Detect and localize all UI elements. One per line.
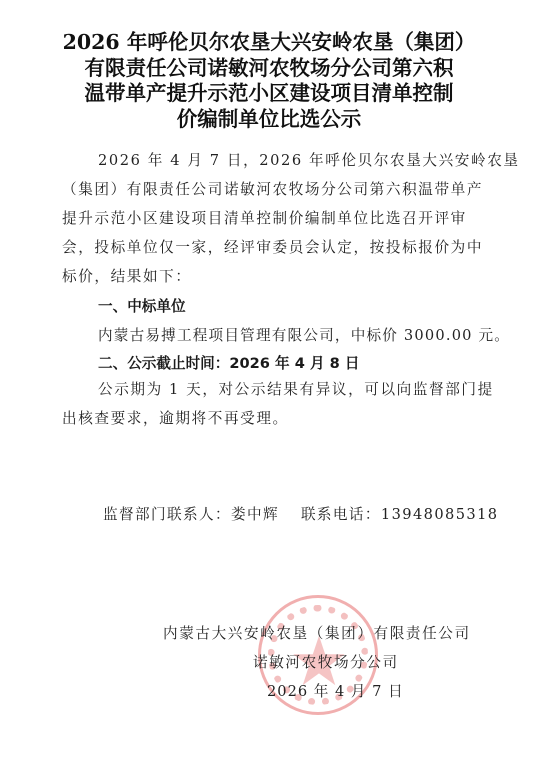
- intro-line-1: 2026 年 4 月 7 日，2026 年呼伦贝尔农垦大兴安岭农垦: [62, 146, 472, 175]
- title-line-3: 温带单产提升示范小区建设项目清单控制: [40, 81, 498, 107]
- intro-line-4: 会，投标单位仅一家，经评审委员会认定，按投标报价为中: [62, 233, 472, 262]
- contact-phone: 13948085318: [381, 506, 499, 523]
- objection-line-1: 公示期为 1 天，对公示结果有异议，可以向监督部门提: [62, 375, 472, 404]
- intro-paragraph: 2026 年 4 月 7 日，2026 年呼伦贝尔农垦大兴安岭农垦 （集团）有限…: [62, 146, 472, 291]
- signature-org-line-2: 诺敏河农牧场分公司: [253, 653, 399, 673]
- contact-phone-label: 联系电话：: [301, 506, 381, 523]
- objection-paragraph: 公示期为 1 天，对公示结果有异议，可以向监督部门提 出核查要求，逾期将不再受理…: [62, 375, 472, 433]
- title-line-2: 有限责任公司诺敏河农牧场分公司第六积: [40, 56, 498, 82]
- title-line-1: 2026 年呼伦贝尔农垦大兴安岭农垦（集团）: [40, 30, 498, 56]
- document-title: 2026 年呼伦贝尔农垦大兴安岭农垦（集团） 有限责任公司诺敏河农牧场分公司第六…: [40, 30, 498, 132]
- contact-person-name: 娄中辉: [231, 506, 279, 523]
- supervision-contact: 监督部门联系人：娄中辉联系电话：13948085318: [103, 505, 498, 525]
- intro-line-5: 标价，结果如下：: [62, 262, 472, 291]
- section-1-heading: 一、中标单位: [98, 297, 186, 317]
- winning-bidder-line: 内蒙古易搏工程项目管理有限公司，中标价 3000.00 元。: [98, 326, 510, 346]
- signature-org-line-1: 内蒙古大兴安岭农垦（集团）有限责任公司: [163, 624, 471, 644]
- signature-date: 2026 年 4 月 7 日: [267, 682, 404, 702]
- objection-line-2: 出核查要求，逾期将不再受理。: [62, 404, 472, 433]
- intro-line-3: 提升示范小区建设项目清单控制价编制单位比选召开评审: [62, 204, 472, 233]
- contact-person-label: 监督部门联系人：: [103, 506, 231, 523]
- title-line-4: 价编制单位比选公示: [40, 107, 498, 133]
- intro-line-2: （集团）有限责任公司诺敏河农牧场分公司第六积温带单产: [62, 175, 472, 204]
- section-2-heading: 二、公示截止时间：2026 年 4 月 8 日: [98, 354, 359, 374]
